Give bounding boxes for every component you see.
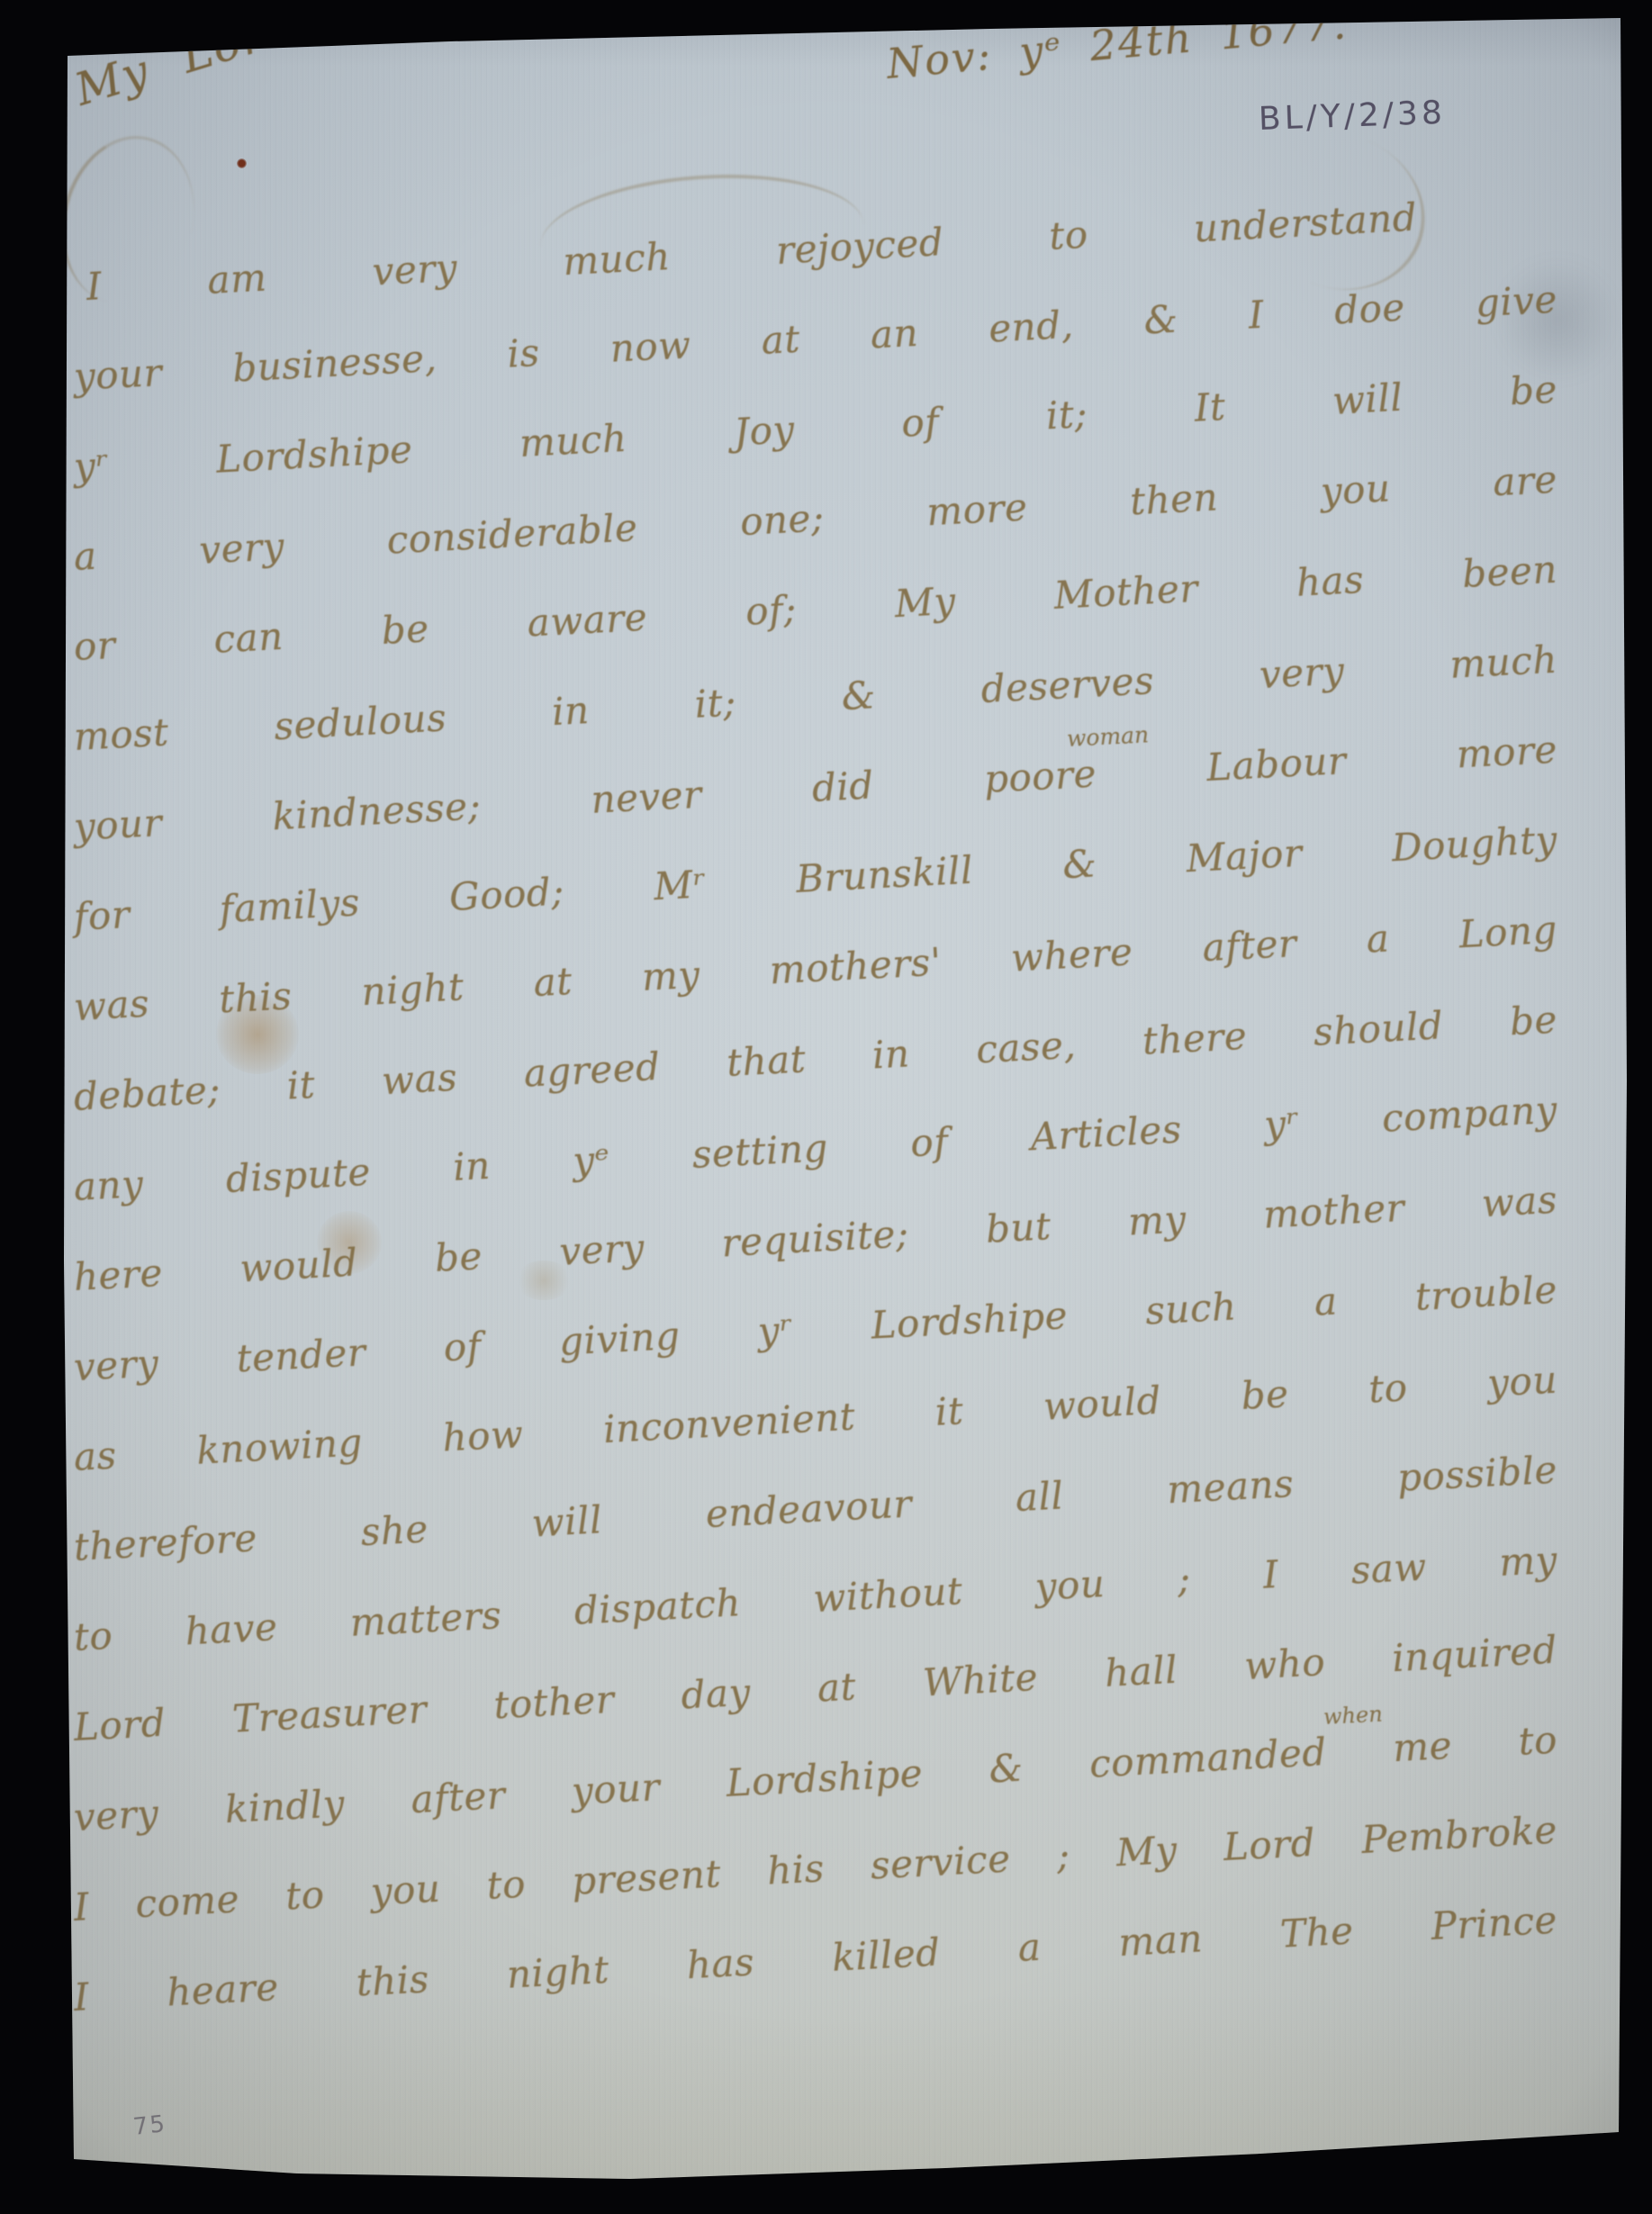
- ink-dot: [237, 158, 247, 168]
- interlinear-word: woman: [1066, 721, 1150, 752]
- scanned-letter: My Lord Nov: yᵉ 24th 1677. BL/Y/2/38 I a…: [0, 0, 1652, 2214]
- salutation: My Lord: [69, 0, 301, 116]
- interlinear-word: when: [1323, 1702, 1383, 1730]
- page-number-pencil: 75: [131, 2110, 167, 2141]
- letter-paper: My Lord Nov: yᵉ 24th 1677. BL/Y/2/38 I a…: [0, 0, 1652, 2214]
- archive-reference-stamp: BL/Y/2/38: [1258, 95, 1446, 138]
- date-line: Nov: yᵉ 24th 1677.: [885, 0, 1350, 88]
